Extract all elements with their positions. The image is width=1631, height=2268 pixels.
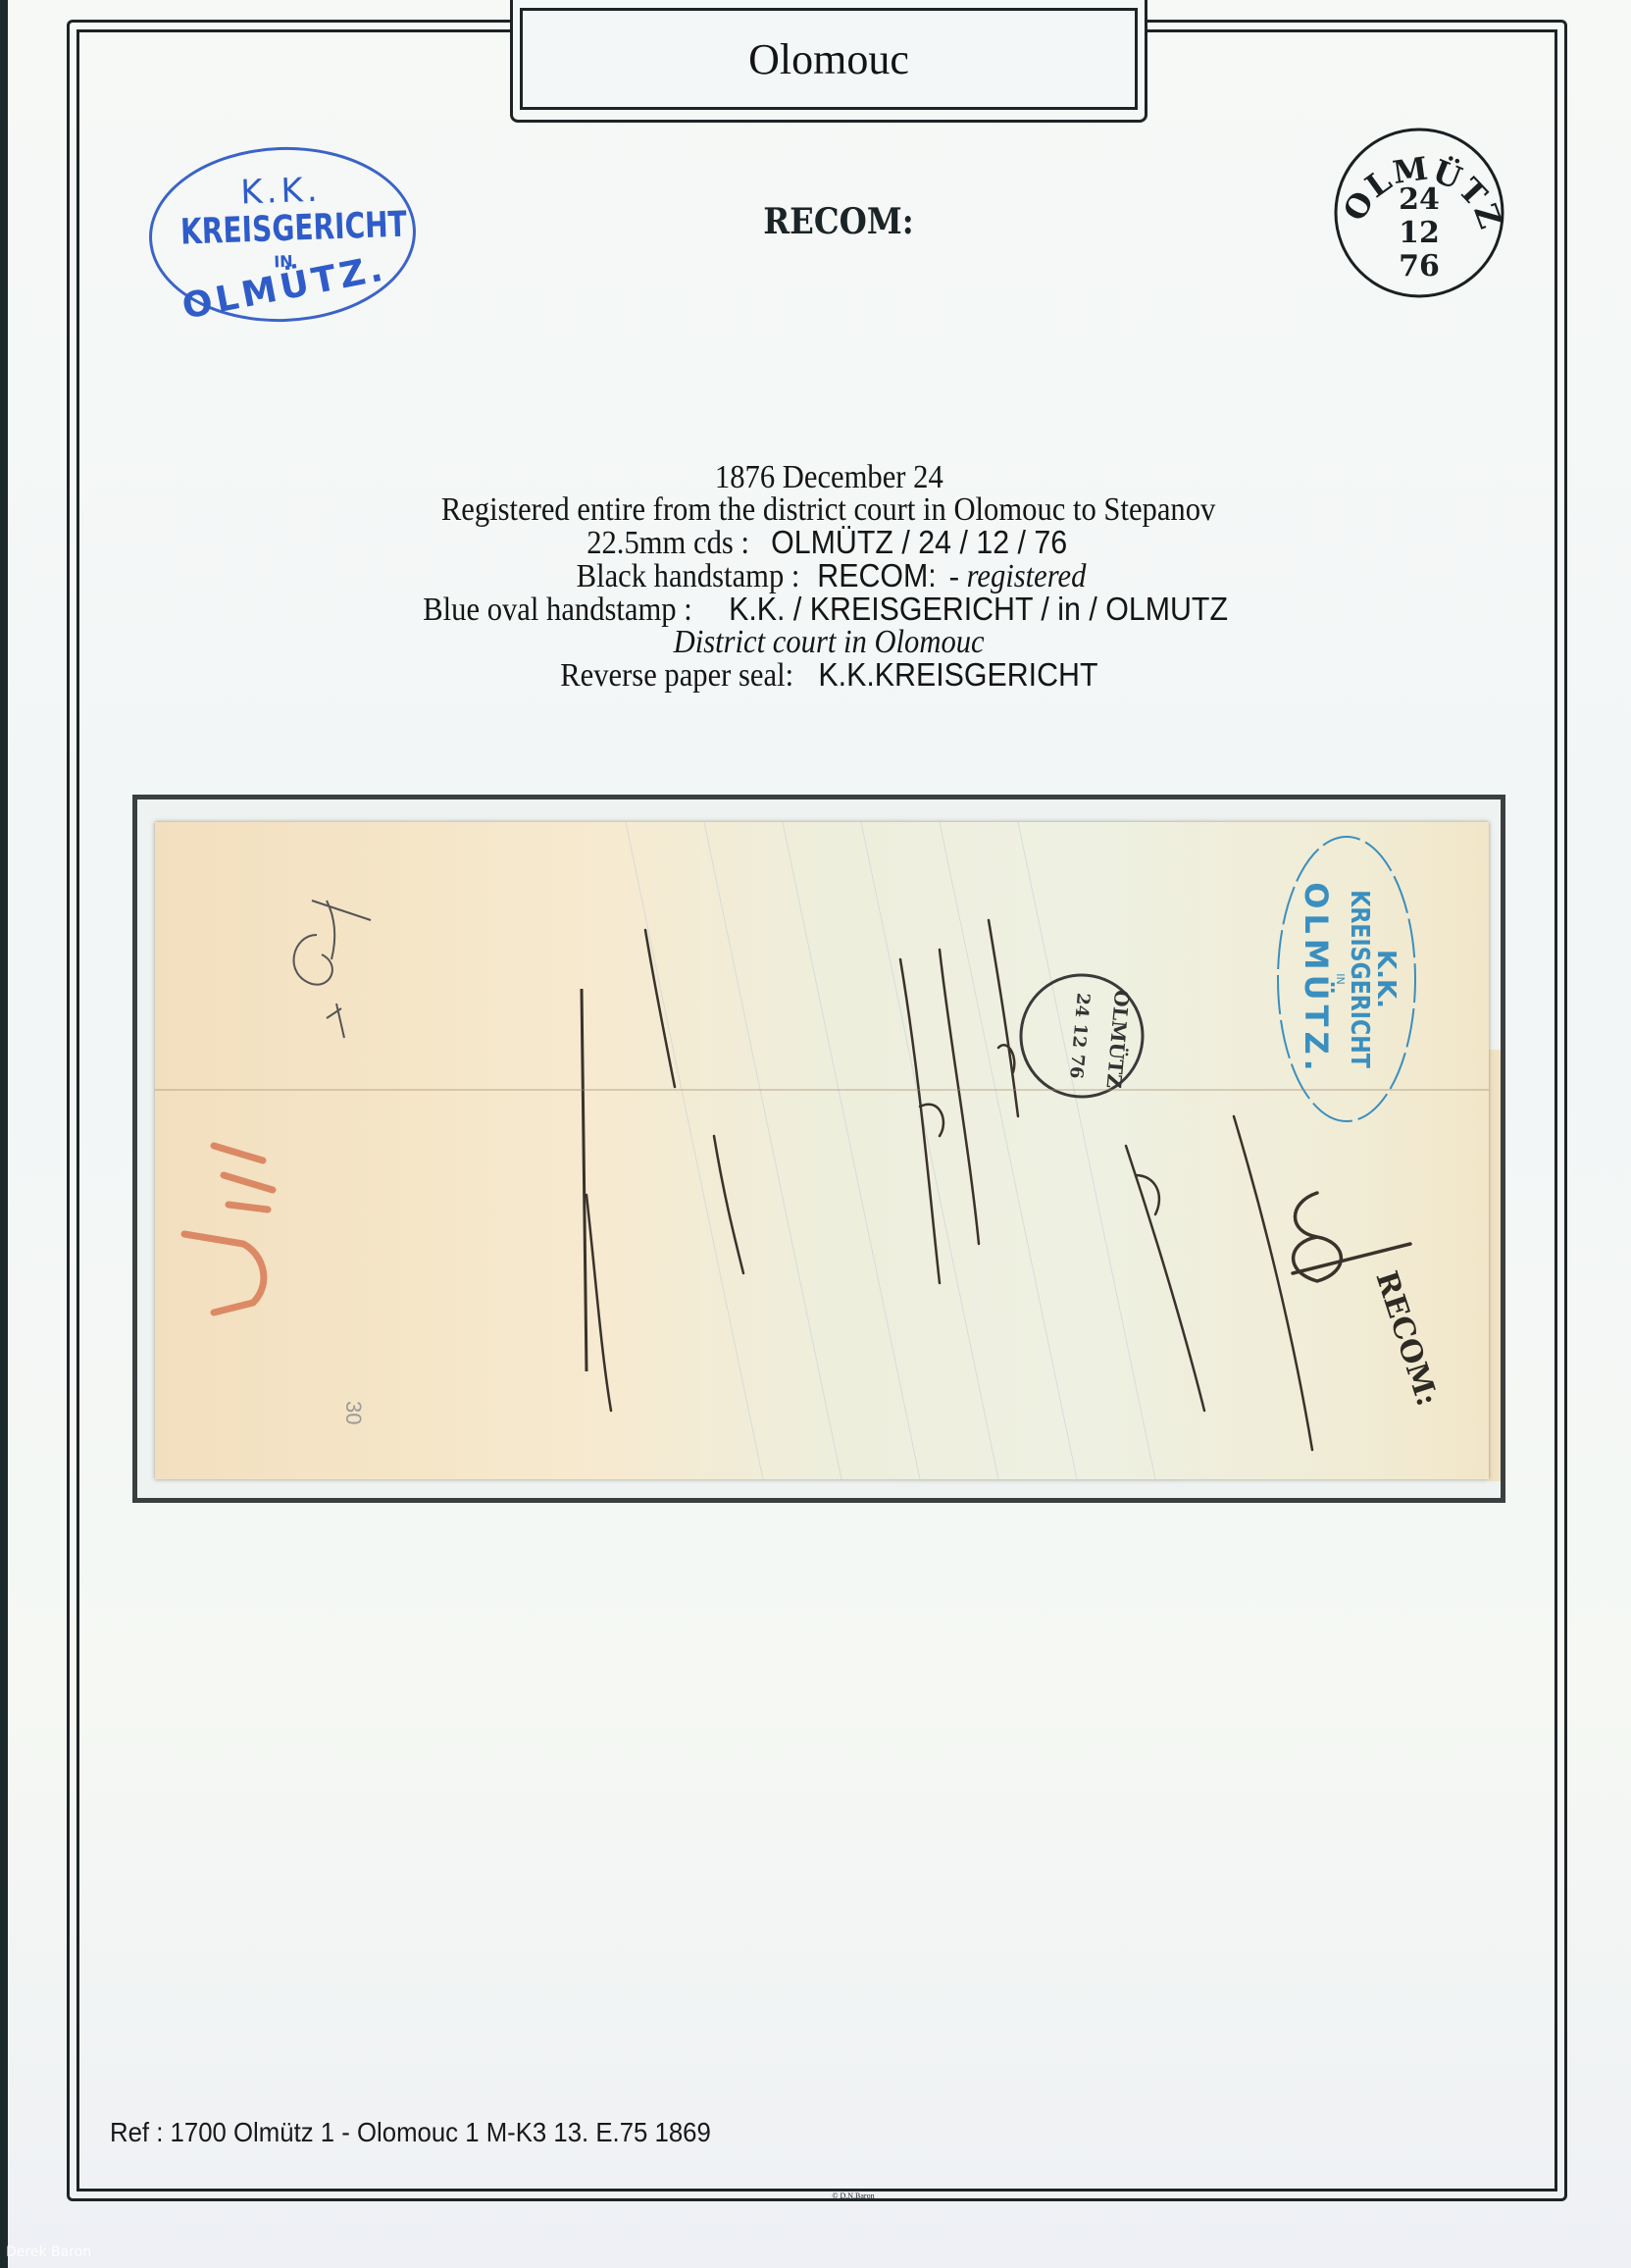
cds-label: 22.5mm cds : (586, 527, 749, 559)
cover-recom-stamp: RECOM: (1368, 1267, 1444, 1411)
cds-month: 12 (1332, 216, 1506, 250)
cover-fold-line (155, 1089, 1489, 1091)
cds-value: OLMÜTZ / 24 / 12 / 76 (771, 526, 1067, 558)
oval-stamp-line-2: KREISGERICHT (179, 205, 384, 252)
cover-flap (1489, 1050, 1501, 1481)
description-date: 1876 December 24 (715, 461, 943, 493)
cover-markings-illustration: K.K. KREISGERICHT IN OLMÜTZ. OLMÜTZ 24 1… (155, 822, 1489, 1479)
cover-cds-date: 24 12 76 (1065, 992, 1094, 1079)
blue-handstamp-translation: District court in Olomouc (673, 626, 984, 658)
cover-blue-stamp-line-2: KREISGERICHT (1346, 890, 1375, 1068)
blue-handstamp-value: K.K. / KREISGERICHT / in / OLMUTZ (729, 593, 1228, 625)
black-handstamp-value: RECOM: (817, 559, 936, 592)
description-summary: Registered entire from the district cour… (441, 493, 1215, 526)
scan-edge-strip (0, 0, 8, 2268)
page-title: Olomouc (748, 34, 909, 84)
catalogue-reference: Ref : 1700 Olmütz 1 - Olomouc 1 M-K3 13.… (110, 2117, 711, 2148)
cover-description: 1876 December 24 Registered entire from … (255, 461, 1402, 692)
blue-handstamp-label: Blue oval handstamp : (423, 593, 692, 626)
author-watermark: Derek Baron (6, 2244, 91, 2260)
cds-year: 76 (1332, 249, 1506, 283)
postal-cover-image: K.K. KREISGERICHT IN OLMÜTZ. OLMÜTZ 24 1… (155, 822, 1489, 1479)
copyright-notice: © D.N.Baron (814, 2191, 892, 2200)
cds-day: 24 (1332, 182, 1506, 217)
seal-label: Reverse paper seal: (560, 659, 793, 692)
black-handstamp-note: - registered (949, 560, 1087, 593)
black-handstamp-label: Black handstamp : (577, 560, 800, 593)
recom-heading: RECOM: (702, 201, 976, 242)
cover-pencil-number: 30 (341, 1401, 366, 1424)
cds-postmark-illustration: OLMÜTZ 24 12 76 (1332, 126, 1506, 300)
title-box: Olomouc (520, 8, 1138, 110)
seal-value: K.K.KREISGERICHT (819, 658, 1098, 691)
cover-blue-stamp-line-4: OLMÜTZ. (1298, 882, 1335, 1076)
